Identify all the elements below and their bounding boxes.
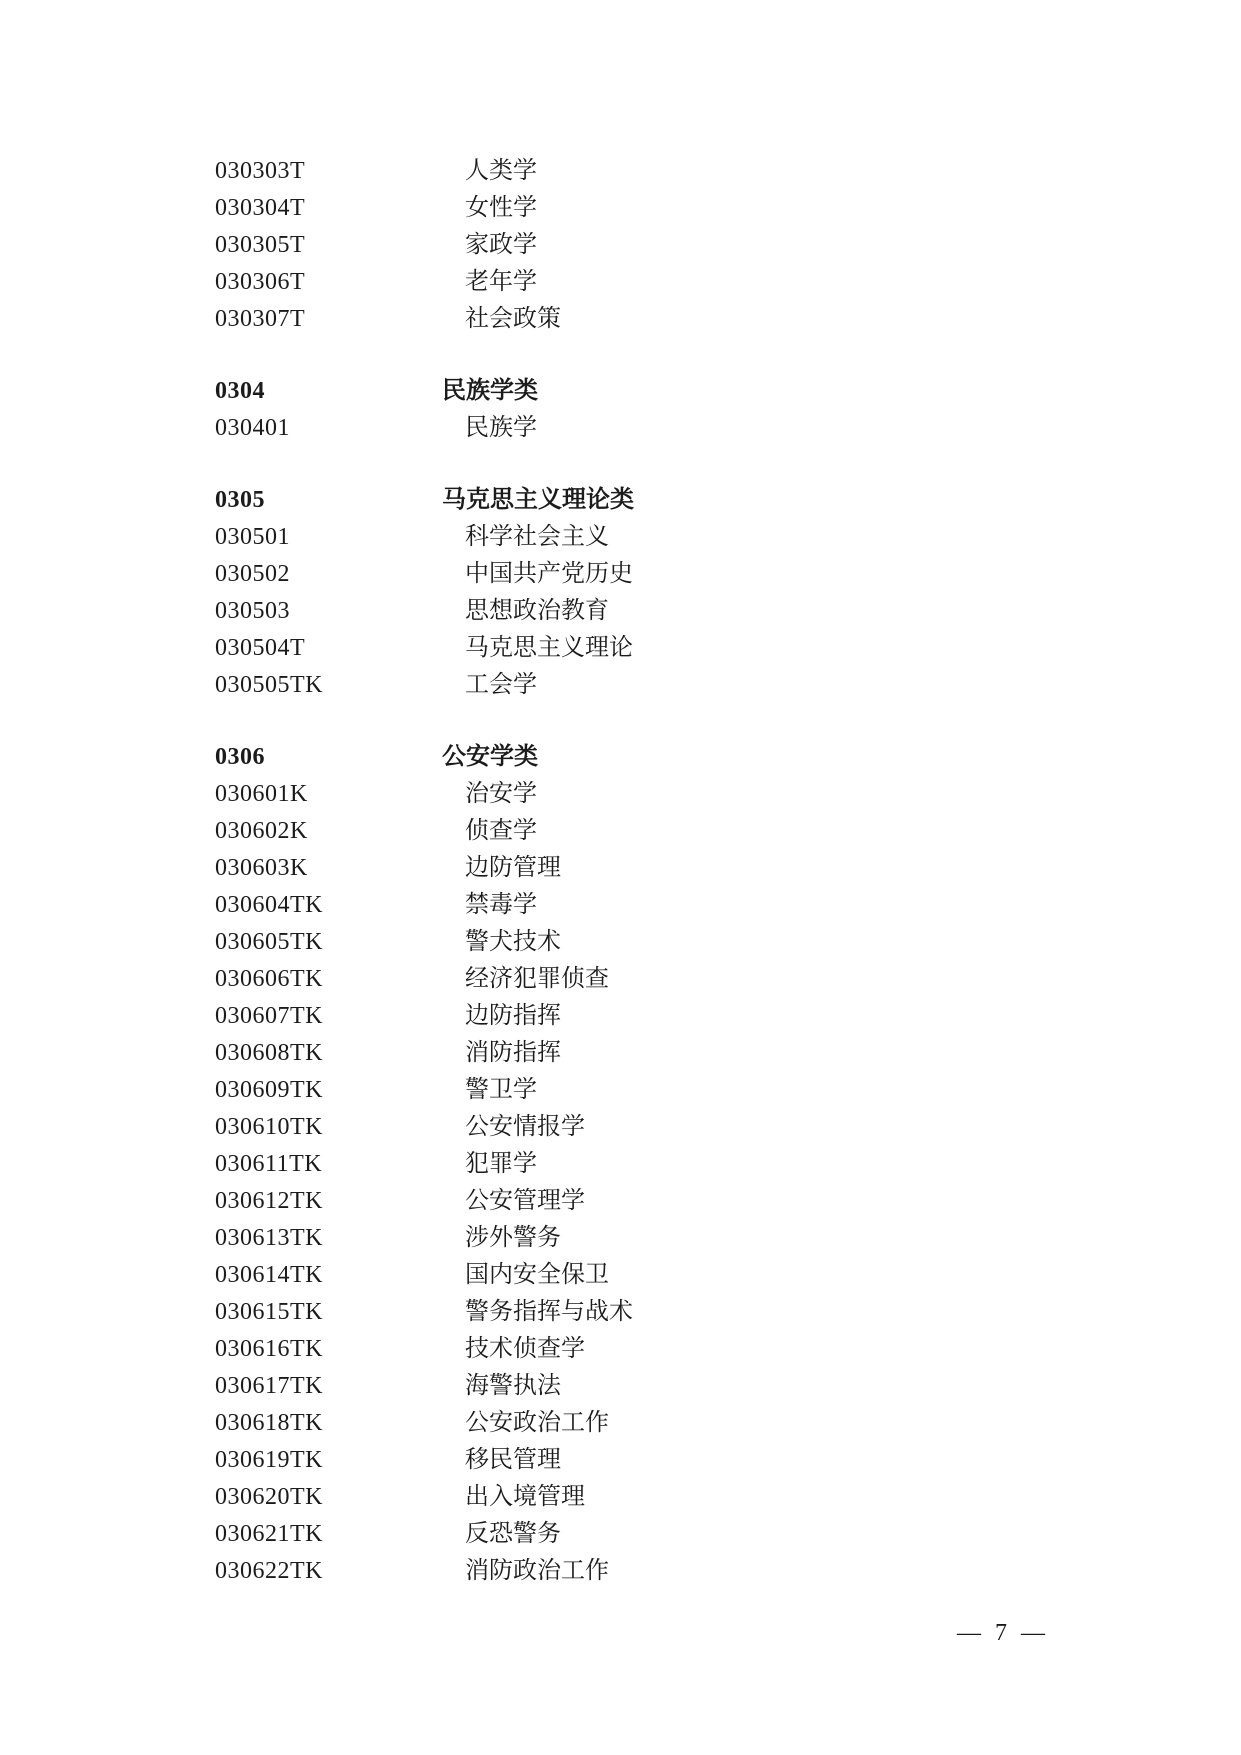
category-code: 0304 (215, 373, 442, 410)
major-row: 030401民族学 (215, 410, 1201, 447)
major-code: 030605TK (215, 924, 442, 961)
major-row: 030617TK海警执法 (215, 1368, 1201, 1405)
major-code: 030609TK (215, 1072, 442, 1109)
major-name: 马克思主义理论 (442, 630, 633, 667)
major-code: 030616TK (215, 1331, 442, 1368)
major-name: 治安学 (442, 776, 537, 813)
category-name: 民族学类 (442, 373, 538, 410)
major-name: 科学社会主义 (442, 519, 609, 556)
major-code: 030306T (215, 264, 442, 301)
major-row: 030611TK犯罪学 (215, 1146, 1201, 1183)
major-name: 出入境管理 (442, 1479, 585, 1516)
major-row: 030604TK禁毒学 (215, 887, 1201, 924)
major-code: 030619TK (215, 1442, 442, 1479)
major-row: 030609TK警卫学 (215, 1072, 1201, 1109)
major-code: 030304T (215, 190, 442, 227)
major-name: 移民管理 (442, 1442, 561, 1479)
major-row: 030616TK技术侦查学 (215, 1331, 1201, 1368)
major-row: 030605TK警犬技术 (215, 924, 1201, 961)
major-name: 技术侦查学 (442, 1331, 585, 1368)
category-name: 马克思主义理论类 (442, 482, 634, 519)
major-code: 030617TK (215, 1368, 442, 1405)
major-name: 边防指挥 (442, 998, 561, 1035)
major-row: 030502中国共产党历史 (215, 556, 1201, 593)
category-name: 公安学类 (442, 739, 538, 776)
major-category-section: 0305马克思主义理论类030501科学社会主义030502中国共产党历史030… (215, 482, 1201, 704)
major-code: 030621TK (215, 1516, 442, 1553)
major-row: 030606TK经济犯罪侦查 (215, 961, 1201, 998)
major-row: 030612TK公安管理学 (215, 1183, 1201, 1220)
major-code: 030611TK (215, 1146, 442, 1183)
major-code: 030606TK (215, 961, 442, 998)
major-name: 中国共产党历史 (442, 556, 633, 593)
page-footer: — 7 — (957, 1618, 1045, 1648)
major-code: 030613TK (215, 1220, 442, 1257)
category-code: 0305 (215, 482, 442, 519)
major-code: 030610TK (215, 1109, 442, 1146)
major-row: 030504T马克思主义理论 (215, 630, 1201, 667)
major-code: 030401 (215, 410, 442, 447)
major-row: 030608TK消防指挥 (215, 1035, 1201, 1072)
major-row: 030303T人类学 (215, 153, 1201, 190)
major-row: 030304T女性学 (215, 190, 1201, 227)
major-row: 030619TK移民管理 (215, 1442, 1201, 1479)
major-category-section: 0304民族学类030401民族学 (215, 373, 1201, 447)
category-row: 0305马克思主义理论类 (215, 482, 1201, 519)
major-row: 030614TK国内安全保卫 (215, 1257, 1201, 1294)
major-code: 030615TK (215, 1294, 442, 1331)
major-name: 警犬技术 (442, 924, 561, 961)
major-name: 侦查学 (442, 813, 537, 850)
major-name: 边防管理 (442, 850, 561, 887)
major-code: 030618TK (215, 1405, 442, 1442)
category-row: 0304民族学类 (215, 373, 1201, 410)
major-row: 030503思想政治教育 (215, 593, 1201, 630)
major-code: 030622TK (215, 1553, 442, 1590)
major-name: 海警执法 (442, 1368, 561, 1405)
major-name: 国内安全保卫 (442, 1257, 609, 1294)
major-row: 030607TK边防指挥 (215, 998, 1201, 1035)
major-row: 030307T社会政策 (215, 301, 1201, 338)
major-name: 女性学 (442, 190, 537, 227)
major-row: 030603K边防管理 (215, 850, 1201, 887)
major-code: 030601K (215, 776, 442, 813)
major-name: 消防指挥 (442, 1035, 561, 1072)
major-name: 涉外警务 (442, 1220, 561, 1257)
major-row: 030620TK出入境管理 (215, 1479, 1201, 1516)
major-name: 警务指挥与战术 (442, 1294, 633, 1331)
major-name: 经济犯罪侦查 (442, 961, 609, 998)
major-code: 030303T (215, 153, 442, 190)
major-category-section: 0306公安学类030601K治安学030602K侦查学030603K边防管理0… (215, 739, 1201, 1590)
major-code: 030608TK (215, 1035, 442, 1072)
major-name: 消防政治工作 (442, 1553, 609, 1590)
major-row: 030613TK涉外警务 (215, 1220, 1201, 1257)
major-code: 030503 (215, 593, 442, 630)
category-code: 0306 (215, 739, 442, 776)
major-code: 030501 (215, 519, 442, 556)
major-name: 人类学 (442, 153, 537, 190)
major-code: 030504T (215, 630, 442, 667)
category-row: 0306公安学类 (215, 739, 1201, 776)
major-row: 030306T老年学 (215, 264, 1201, 301)
major-row: 030505TK工会学 (215, 667, 1201, 704)
major-code-list: 030303T人类学030304T女性学030305T家政学030306T老年学… (215, 153, 1201, 1590)
major-row: 030601K治安学 (215, 776, 1201, 813)
major-category-section: 030303T人类学030304T女性学030305T家政学030306T老年学… (215, 153, 1201, 338)
major-code: 030620TK (215, 1479, 442, 1516)
major-name: 禁毒学 (442, 887, 537, 924)
major-row: 030618TK公安政治工作 (215, 1405, 1201, 1442)
major-code: 030305T (215, 227, 442, 264)
major-code: 030604TK (215, 887, 442, 924)
major-code: 030505TK (215, 667, 442, 704)
major-name: 社会政策 (442, 301, 561, 338)
major-name: 家政学 (442, 227, 537, 264)
major-name: 工会学 (442, 667, 537, 704)
major-row: 030501科学社会主义 (215, 519, 1201, 556)
major-name: 犯罪学 (442, 1146, 537, 1183)
major-code: 030603K (215, 850, 442, 887)
major-code: 030307T (215, 301, 442, 338)
major-row: 030610TK公安情报学 (215, 1109, 1201, 1146)
major-code: 030612TK (215, 1183, 442, 1220)
major-row: 030621TK反恐警务 (215, 1516, 1201, 1553)
document-page: 030303T人类学030304T女性学030305T家政学030306T老年学… (0, 0, 1241, 1755)
page-number: — 7 — (957, 1620, 1045, 1646)
major-row: 030602K侦查学 (215, 813, 1201, 850)
major-name: 公安政治工作 (442, 1405, 609, 1442)
major-name: 警卫学 (442, 1072, 537, 1109)
major-row: 030622TK消防政治工作 (215, 1553, 1201, 1590)
major-code: 030614TK (215, 1257, 442, 1294)
major-name: 反恐警务 (442, 1516, 561, 1553)
major-row: 030615TK警务指挥与战术 (215, 1294, 1201, 1331)
major-code: 030607TK (215, 998, 442, 1035)
major-name: 思想政治教育 (442, 593, 609, 630)
major-name: 民族学 (442, 410, 537, 447)
major-code: 030502 (215, 556, 442, 593)
major-row: 030305T家政学 (215, 227, 1201, 264)
major-name: 公安情报学 (442, 1109, 585, 1146)
major-name: 公安管理学 (442, 1183, 585, 1220)
major-code: 030602K (215, 813, 442, 850)
major-name: 老年学 (442, 264, 537, 301)
